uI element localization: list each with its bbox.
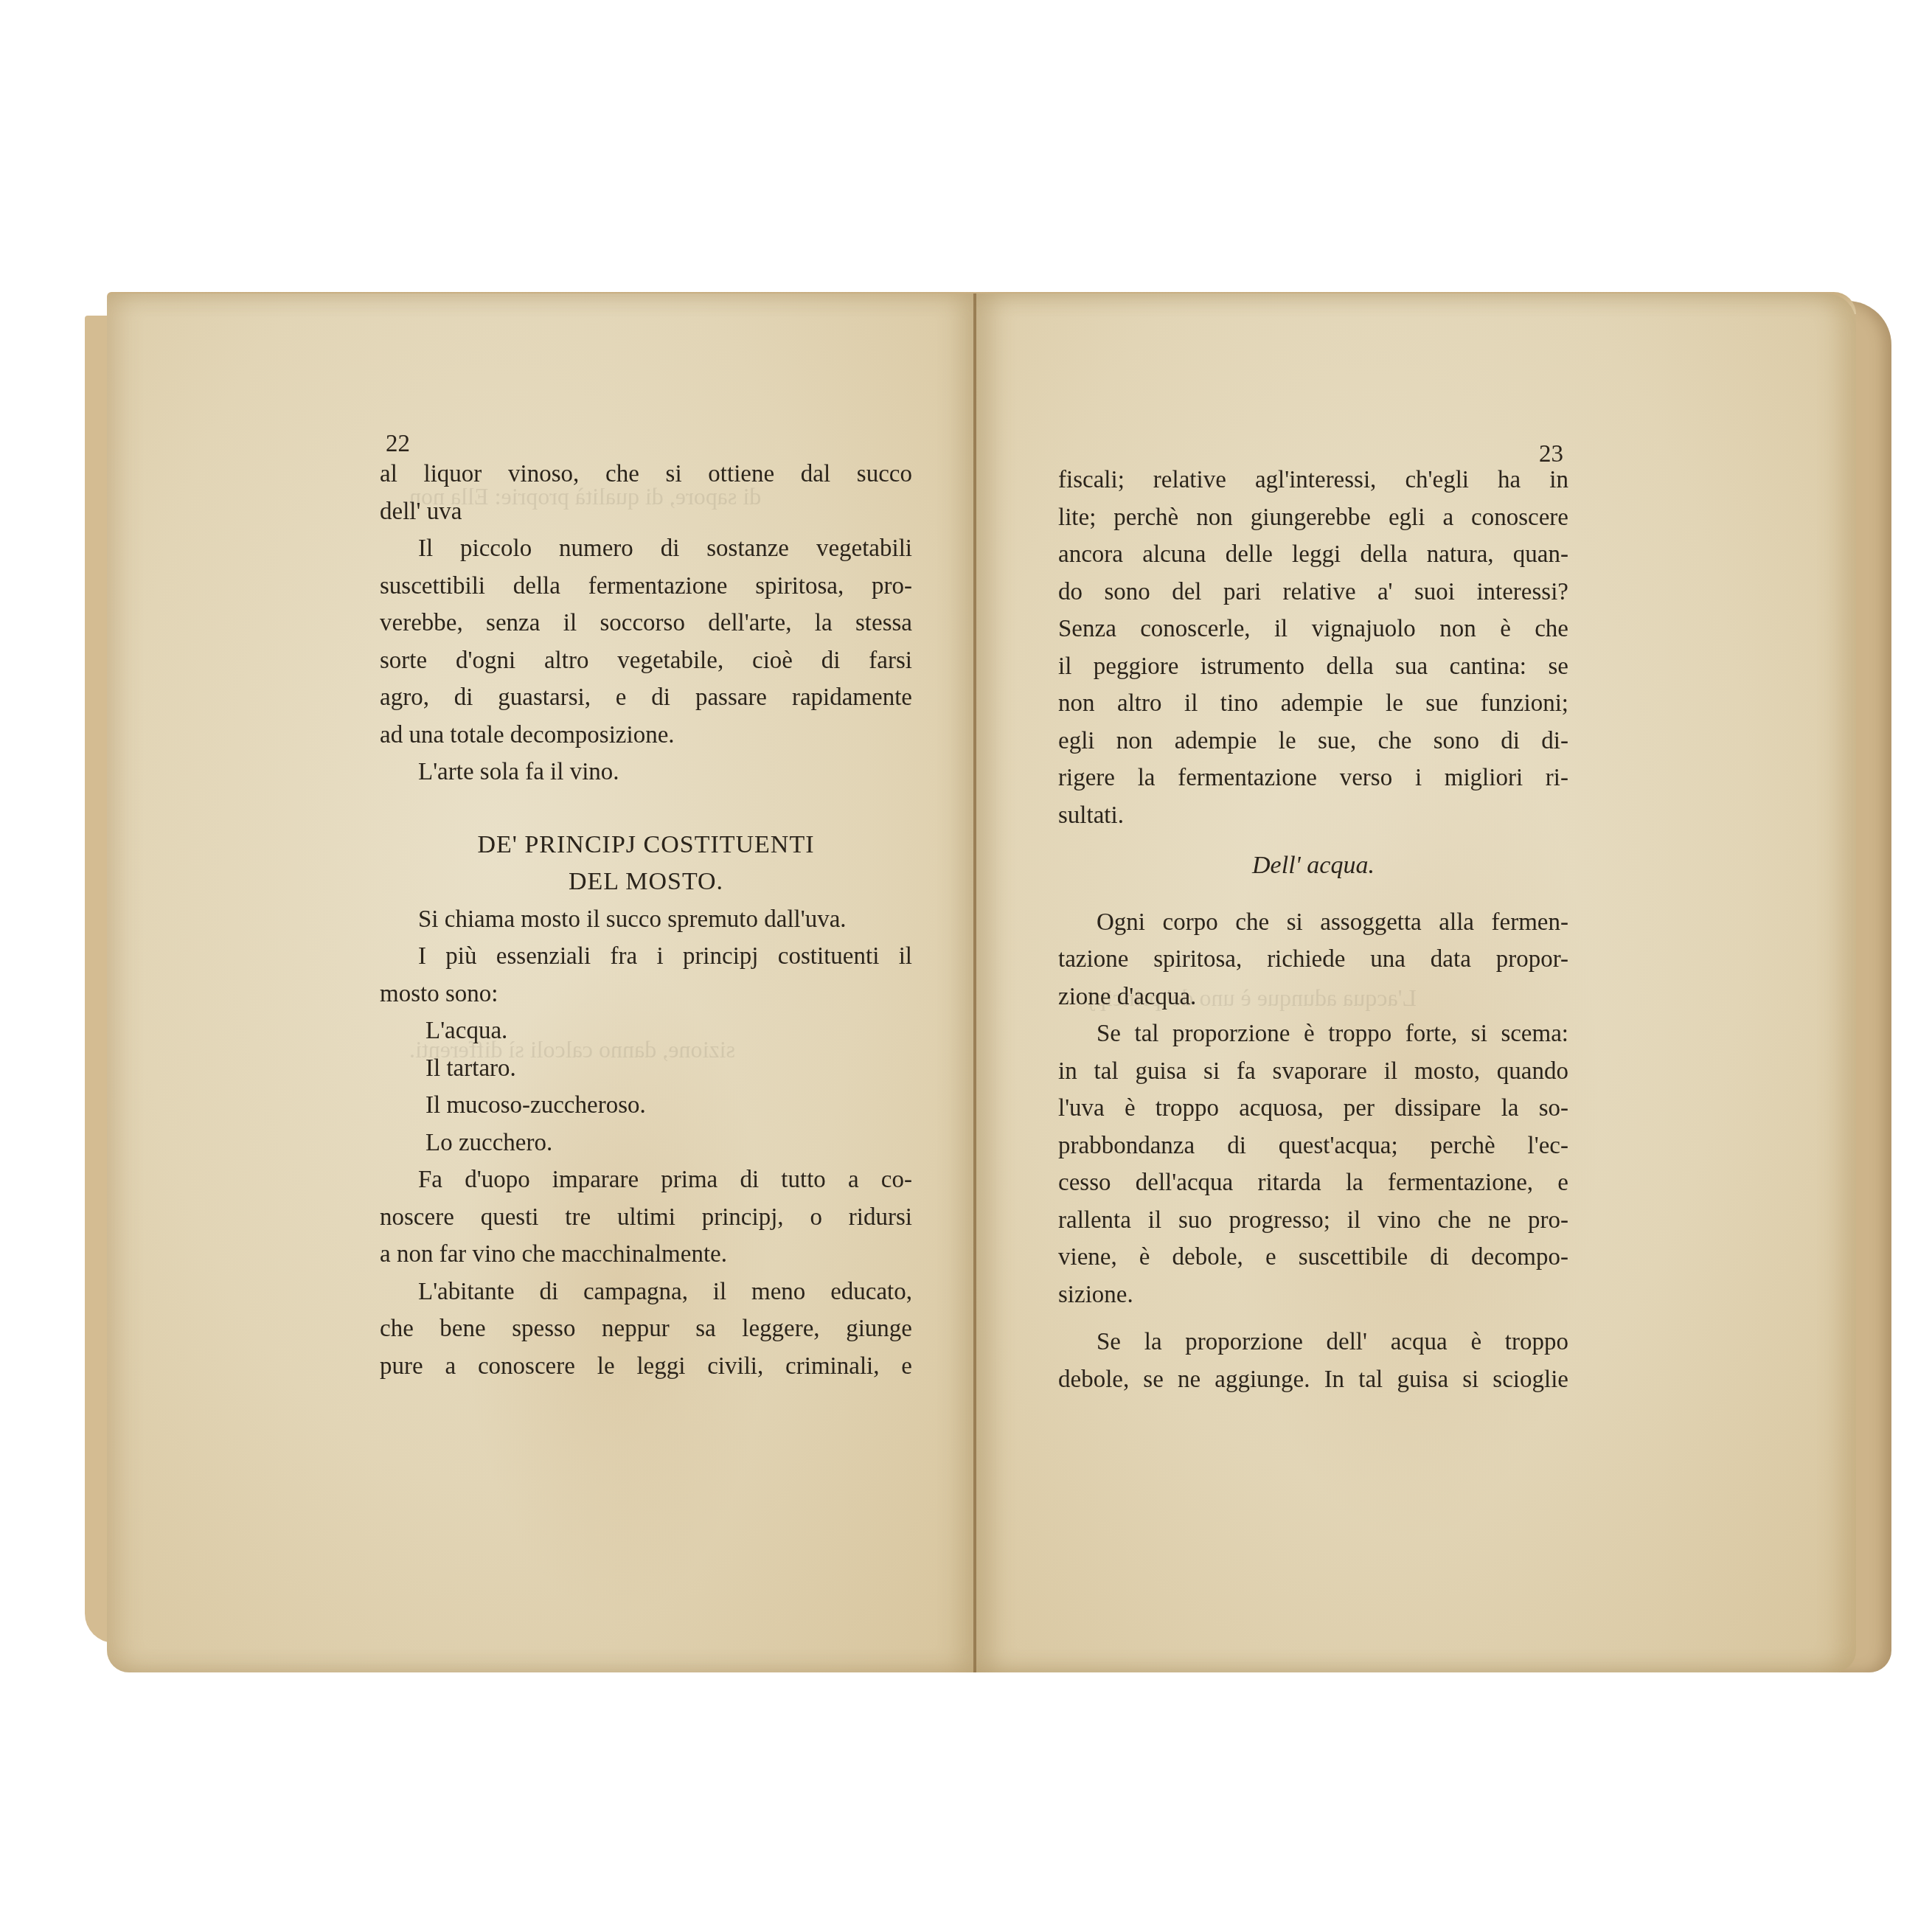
list-item: Il mucoso-zuccheroso. bbox=[380, 1087, 912, 1125]
text-line: non altro il tino adempie le sue funzion… bbox=[1058, 685, 1568, 723]
text-line: L'abitante di campagna, il meno educato, bbox=[380, 1273, 912, 1311]
text-line: ancora alcuna delle leggi della natura, … bbox=[1058, 536, 1568, 574]
text-line: lite; perchè non giungerebbe egli a cono… bbox=[1058, 499, 1568, 537]
text-line: Il piccolo numero di sostanze vegetabili bbox=[380, 530, 912, 568]
text-line: l'uva è troppo acquosa, per dissipare la… bbox=[1058, 1090, 1568, 1127]
text-line: cesso dell'acqua ritarda la fermentazion… bbox=[1058, 1164, 1568, 1202]
text-line: agro, di guastarsi, e di passare rapidam… bbox=[380, 679, 912, 717]
right-page-text: fiscali; relative agl'interessi, ch'egli… bbox=[1058, 462, 1568, 1398]
text-line: in tal guisa si fa svaporare il mosto, q… bbox=[1058, 1053, 1568, 1091]
text-line: dell' uva bbox=[380, 493, 912, 531]
section-heading: Dell' acqua. bbox=[1058, 847, 1568, 885]
text-line: do sono del pari relative a' suoi intere… bbox=[1058, 574, 1568, 611]
text-line: sultati. bbox=[1058, 797, 1568, 835]
text-line: verebbe, senza il soccorso dell'arte, la… bbox=[380, 605, 912, 642]
text-line: I più essenziali fra i principj costitue… bbox=[380, 938, 912, 976]
text-line: Senza conoscerle, il vignajuolo non è ch… bbox=[1058, 611, 1568, 648]
text-line: pure a conoscere le leggi civili, crimin… bbox=[380, 1348, 912, 1386]
text-line: suscettibili della fermentazione spirito… bbox=[380, 568, 912, 605]
text-line: Se la proporzione dell' acqua è troppo bbox=[1058, 1324, 1568, 1361]
left-page-text: al liquor vinoso, che si ottiene dal suc… bbox=[380, 456, 912, 1385]
text-line: mosto sono: bbox=[380, 976, 912, 1013]
text-line: rallenta il suo progresso; il vino che n… bbox=[1058, 1202, 1568, 1240]
open-book: di sapore, di qualità proprie: Ella non … bbox=[85, 293, 1888, 1687]
text-line: al liquor vinoso, che si ottiene dal suc… bbox=[380, 456, 912, 493]
text-line: zione d'acqua. bbox=[1058, 979, 1568, 1016]
text-line: rigere la fermentazione verso i migliori… bbox=[1058, 760, 1568, 797]
text-line: tazione spiritosa, richiede una data pro… bbox=[1058, 941, 1568, 979]
text-line: a non far vino che macchinalmente. bbox=[380, 1236, 912, 1273]
list-item: Lo zucchero. bbox=[380, 1125, 912, 1162]
chapter-heading-line-1: DE' PRINCIPJ COSTITUENTI bbox=[380, 827, 912, 864]
text-line: Fa d'uopo imparare prima di tutto a co- bbox=[380, 1161, 912, 1199]
book-spine-gutter bbox=[973, 293, 976, 1672]
text-line: noscere questi tre ultimi principj, o ri… bbox=[380, 1199, 912, 1237]
text-line: ad una totale decomposizione. bbox=[380, 717, 912, 754]
text-line: Si chiama mosto il succo spremuto dall'u… bbox=[380, 901, 912, 939]
text-line: L'arte sola fa il vino. bbox=[380, 754, 912, 791]
text-line: che bene spesso neppur sa leggere, giung… bbox=[380, 1310, 912, 1348]
list-item: L'acqua. bbox=[380, 1012, 912, 1050]
text-line: Se tal proporzione è troppo forte, si sc… bbox=[1058, 1015, 1568, 1053]
text-line: fiscali; relative agl'interessi, ch'egli… bbox=[1058, 462, 1568, 499]
text-line: sorte d'ogni altro vegetabile, cioè di f… bbox=[380, 642, 912, 680]
text-line: Ogni corpo che si assoggetta alla fermen… bbox=[1058, 904, 1568, 942]
page-number-left: 22 bbox=[386, 431, 410, 458]
text-line: viene, è debole, e suscettibile di decom… bbox=[1058, 1239, 1568, 1276]
list-item: Il tartaro. bbox=[380, 1050, 912, 1088]
text-line: sizione. bbox=[1058, 1276, 1568, 1314]
chapter-heading-line-2: DEL MOSTO. bbox=[380, 864, 912, 901]
text-line: egli non adempie le sue, che sono di di- bbox=[1058, 723, 1568, 760]
text-line: debole, se ne aggiunge. In tal guisa si … bbox=[1058, 1361, 1568, 1399]
text-line: prabbondanza di quest'acqua; perchè l'ec… bbox=[1058, 1127, 1568, 1165]
text-line: il peggiore istrumento della sua cantina… bbox=[1058, 648, 1568, 686]
